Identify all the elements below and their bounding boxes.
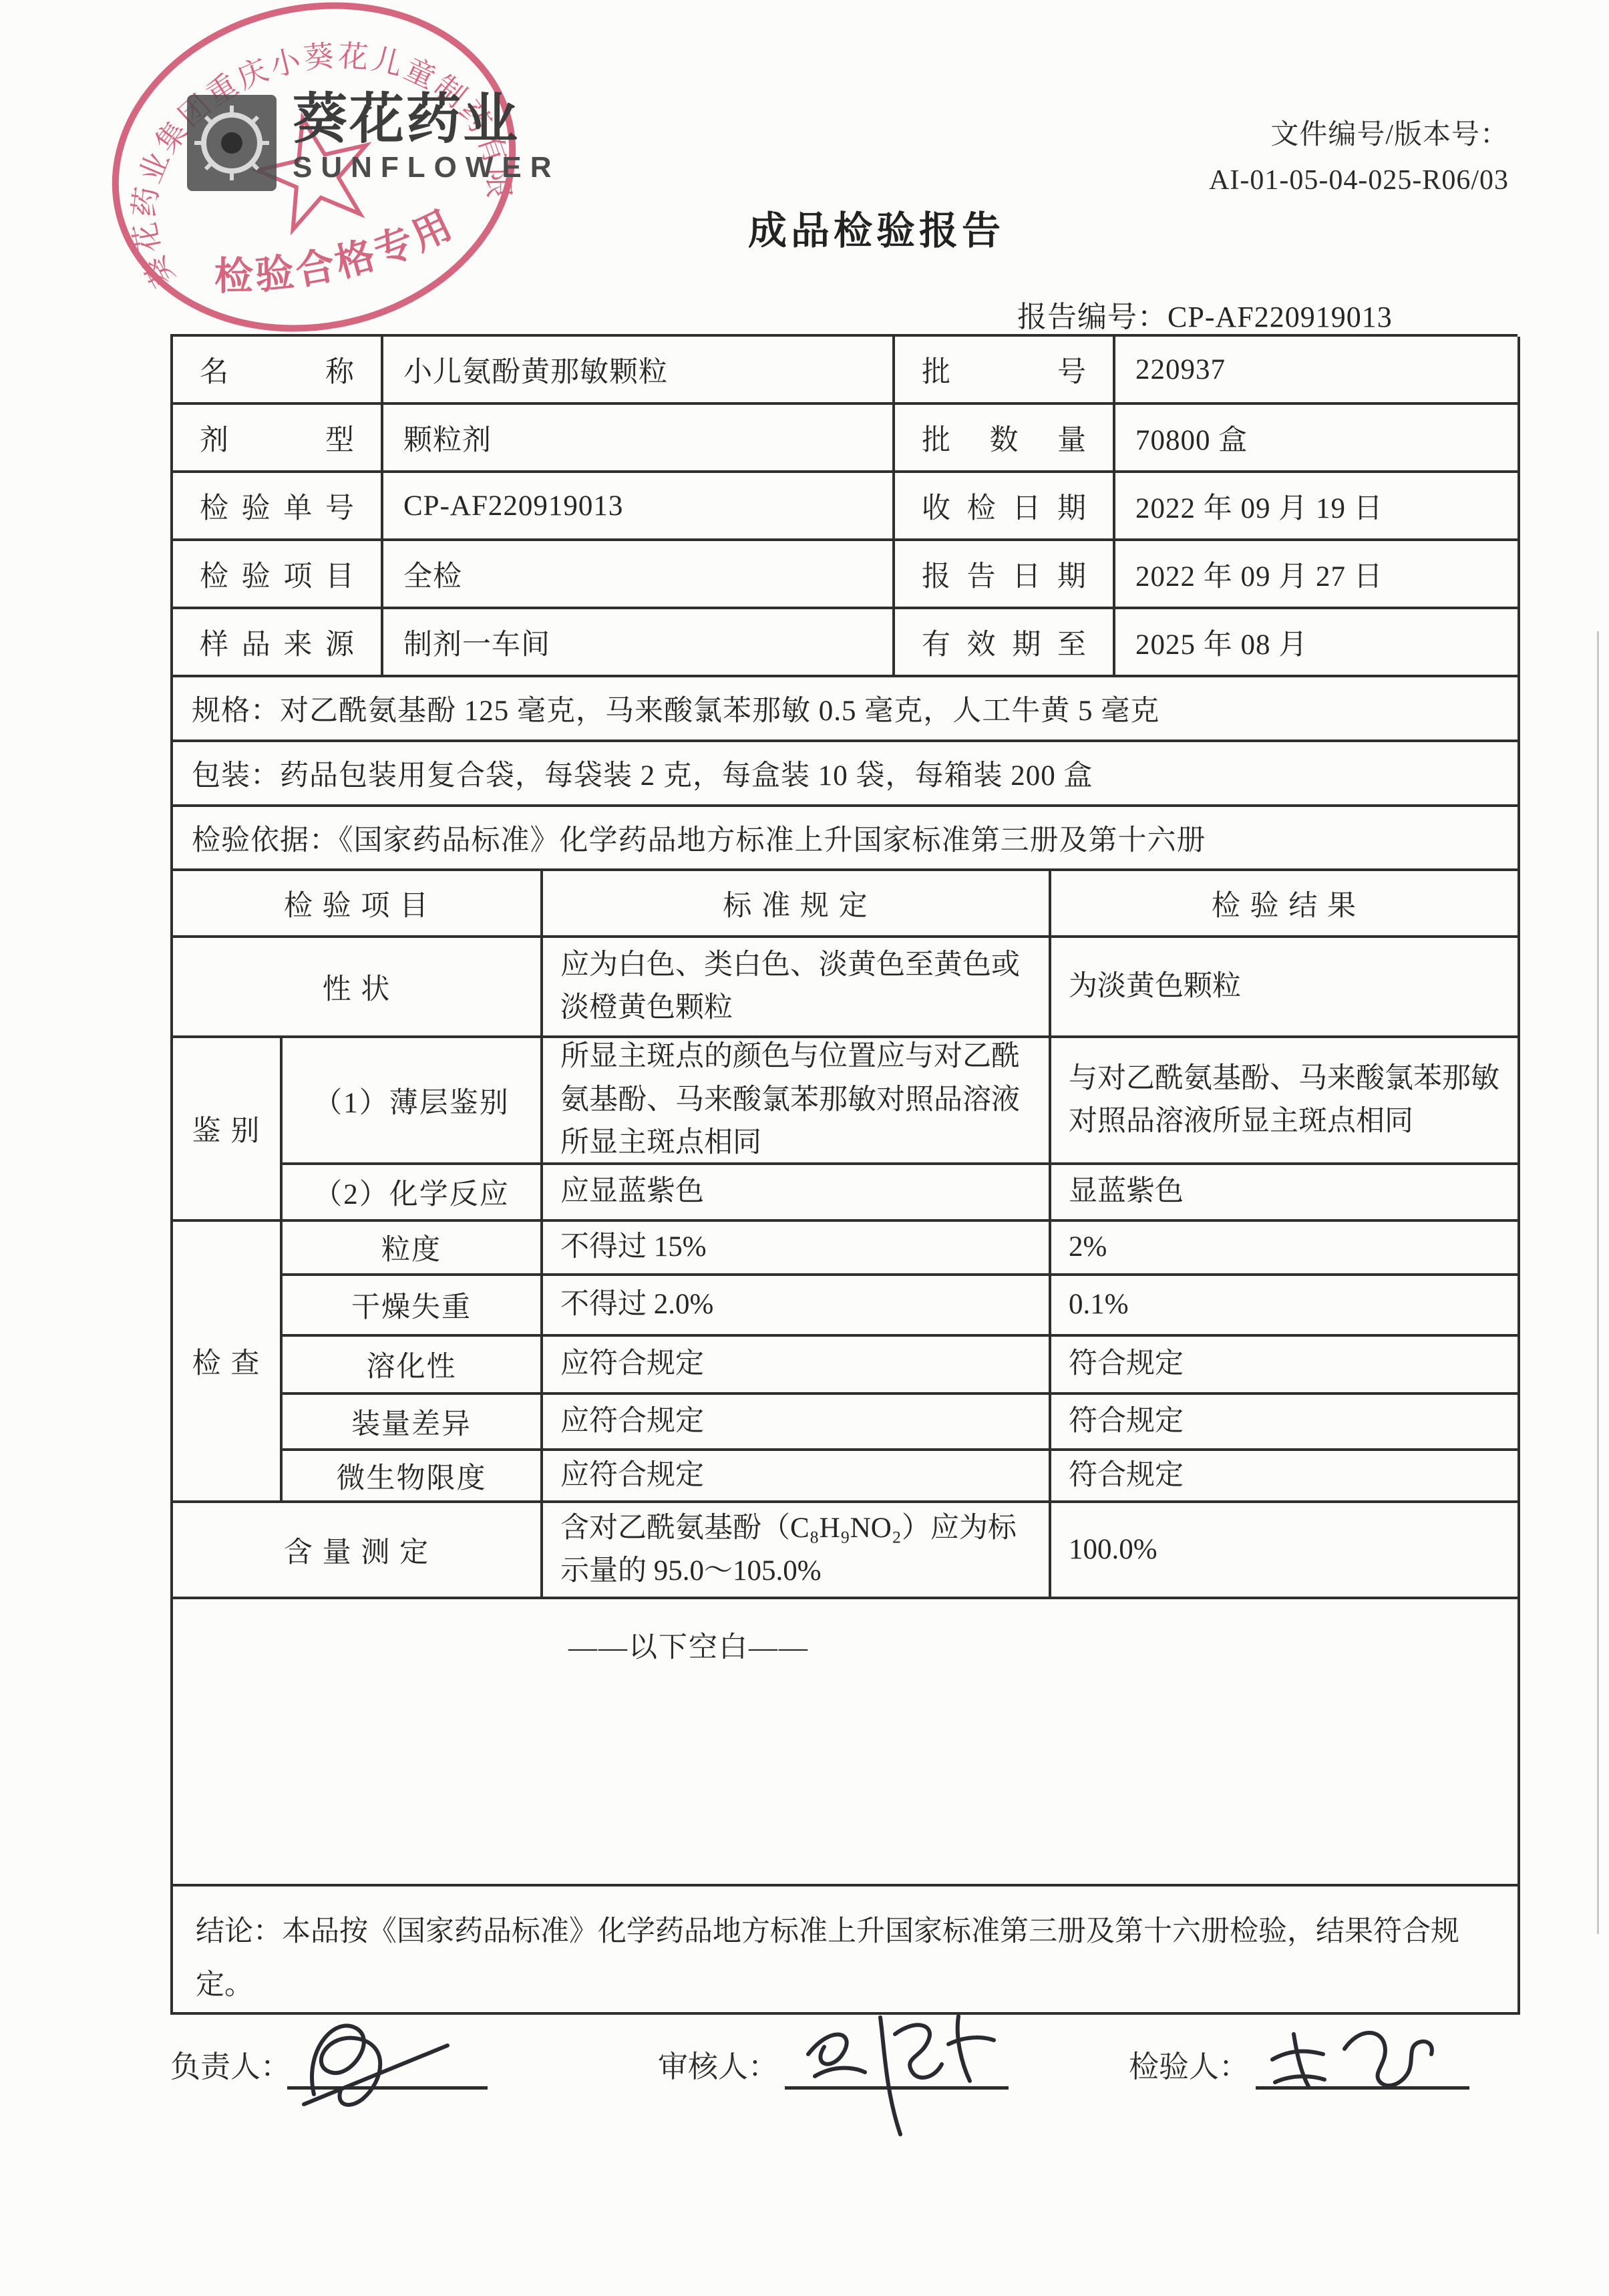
scan-edge-artifact xyxy=(1597,631,1599,1934)
row-appearance-standard: 应为白色、类白色、淡黄色至黄色或淡橙黄色颗粒 xyxy=(543,938,1051,1038)
logo-brand-cn: 葵花药业 xyxy=(293,91,560,148)
header-test-item: 检 验 项 目 xyxy=(173,871,543,938)
inspector-signature-ink xyxy=(1259,2007,1459,2114)
report-page: 葵花药业集团重庆小葵花儿童制药有限公司 检验合格专用章 葵花药业 SUNFLOW… xyxy=(0,0,1609,2296)
responsible-signature-ink xyxy=(277,2004,491,2128)
cell-report-date-value: 2022 年 09 月 27 日 xyxy=(1115,541,1520,609)
responsible-signature-group: 负责人： xyxy=(170,2027,484,2148)
cell-sample-source-value: 制剂一车间 xyxy=(383,609,895,677)
row-chemical-standard: 应显蓝紫色 xyxy=(543,1165,1051,1222)
row-microbial-item: 微生物限度 xyxy=(283,1451,543,1503)
header-result: 检 验 结 果 xyxy=(1051,871,1520,938)
row-solubility-item: 溶化性 xyxy=(283,1337,543,1395)
reviewer-signature-group: 审核人： xyxy=(658,2027,1012,2148)
row-assay-item: 含 量 测 定 xyxy=(173,1503,543,1599)
row-particle-item: 粒度 xyxy=(283,1222,543,1276)
row-assay-result: 100.0% xyxy=(1051,1503,1520,1599)
row-packaging: 包装：药品包装用复合袋，每袋装 2 克，每盒装 10 袋，每箱装 200 盒 xyxy=(173,742,1520,807)
doc-number-label: 文件编号/版本号： xyxy=(1209,112,1509,158)
row-fill-diff-standard: 应符合规定 xyxy=(543,1395,1051,1451)
cell-report-date-label: 报 告 日 期 xyxy=(895,541,1115,609)
group-identification: 鉴 别 xyxy=(173,1038,283,1222)
row-tlc-item: （1）薄层鉴别 xyxy=(283,1038,543,1165)
row-blank-below: ——以下空白—— xyxy=(173,1599,1520,1887)
row-chemical-result: 显蓝紫色 xyxy=(1051,1165,1520,1222)
row-conclusion: 结论：本品按《国家药品标准》化学药品地方标准上升国家标准第三册及第十六册检验，结… xyxy=(173,1887,1520,2015)
cell-batch-qty-value: 70800 盒 xyxy=(1115,405,1520,473)
responsible-label: 负责人： xyxy=(170,2042,291,2086)
cell-name-label: 名 称 xyxy=(173,337,383,405)
cell-received-date-value: 2022 年 09 月 19 日 xyxy=(1115,473,1520,541)
cell-test-items-value: 全检 xyxy=(383,541,895,609)
inspector-signature-group: 检验人： xyxy=(1129,2027,1476,2148)
reviewer-signature-ink xyxy=(795,1997,1009,2144)
cell-batch-qty-label: 批 数 量 xyxy=(895,405,1115,473)
row-test-basis: 检验依据：《国家药品标准》化学药品地方标准上升国家标准第三册及第十六册 xyxy=(173,807,1520,871)
row-microbial-result: 符合规定 xyxy=(1051,1451,1520,1503)
cell-test-sheet-value: CP-AF220919013 xyxy=(383,473,895,541)
sunflower-logo-icon xyxy=(186,91,278,192)
cell-batch-no-label: 批 号 xyxy=(895,337,1115,405)
row-particle-standard: 不得过 15% xyxy=(543,1222,1051,1276)
row-tlc-result: 与对乙酰氨基酚、马来酸氯苯那敏对照品溶液所显主斑点相同 xyxy=(1051,1038,1520,1165)
cell-test-items-label: 检 验 项 目 xyxy=(173,541,383,609)
reviewer-label: 审核人： xyxy=(658,2042,778,2086)
inspection-report-table: 名 称 小儿氨酚黄那敏颗粒 批 号 220937 剂 型 颗粒剂 批 数 量 7… xyxy=(170,334,1517,2015)
inspector-signature-line xyxy=(1256,2086,1469,2090)
cell-test-sheet-label: 检 验 单 号 xyxy=(173,473,383,541)
row-fill-diff-item: 装量差异 xyxy=(283,1395,543,1451)
row-solubility-standard: 应符合规定 xyxy=(543,1337,1051,1395)
row-assay-standard: 含对乙酰氨基酚（C₈H₉NO₂）应为标示量的 95.0～105.0% xyxy=(543,1503,1051,1599)
row-specification: 规格：对乙酰氨基酚 125 毫克，马来酸氯苯那敏 0.5 毫克，人工牛黄 5 毫… xyxy=(173,677,1520,742)
logo-brand-en: SUNFLOWER xyxy=(293,151,560,184)
cell-expiry-value: 2025 年 08 月 xyxy=(1115,609,1520,677)
row-appearance-item: 性 状 xyxy=(173,938,543,1038)
row-particle-result: 2% xyxy=(1051,1222,1520,1276)
row-appearance-result: 为淡黄色颗粒 xyxy=(1051,938,1520,1038)
cell-expiry-label: 有 效 期 至 xyxy=(895,609,1115,677)
cell-dosage-form-value: 颗粒剂 xyxy=(383,405,895,473)
row-drying-result: 0.1% xyxy=(1051,1276,1520,1337)
row-drying-item: 干燥失重 xyxy=(283,1276,543,1337)
row-drying-standard: 不得过 2.0% xyxy=(543,1276,1051,1337)
signature-row: 负责人： 审核人： 检验人： xyxy=(0,2027,1609,2148)
row-chemical-item: （2）化学反应 xyxy=(283,1165,543,1222)
inspector-label: 检验人： xyxy=(1129,2042,1249,2086)
row-microbial-standard: 应符合规定 xyxy=(543,1451,1051,1503)
doc-number-value: AI-01-05-04-025-R06/03 xyxy=(1209,158,1509,203)
doc-number-block: 文件编号/版本号： AI-01-05-04-025-R06/03 xyxy=(1209,112,1509,203)
cell-sample-source-label: 样 品 来 源 xyxy=(173,609,383,677)
row-fill-diff-result: 符合规定 xyxy=(1051,1395,1520,1451)
cell-name-value: 小儿氨酚黄那敏颗粒 xyxy=(383,337,895,405)
report-number: 报告编号：CP-AF220919013 xyxy=(1017,293,1393,335)
cell-dosage-form-label: 剂 型 xyxy=(173,405,383,473)
row-tlc-standard: 所显主斑点的颜色与位置应与对乙酰氨基酚、马来酸氯苯那敏对照品溶液所显主斑点相同 xyxy=(543,1038,1051,1165)
row-solubility-result: 符合规定 xyxy=(1051,1337,1520,1395)
responsible-signature-line xyxy=(287,2086,488,2090)
group-inspection: 检 查 xyxy=(173,1222,283,1503)
reviewer-signature-line xyxy=(785,2086,1009,2090)
cell-received-date-label: 收 检 日 期 xyxy=(895,473,1115,541)
sunflower-logo: 葵花药业 SUNFLOWER xyxy=(186,91,560,192)
header-standard: 标 准 规 定 xyxy=(543,871,1051,938)
cell-batch-no-value: 220937 xyxy=(1115,337,1520,405)
